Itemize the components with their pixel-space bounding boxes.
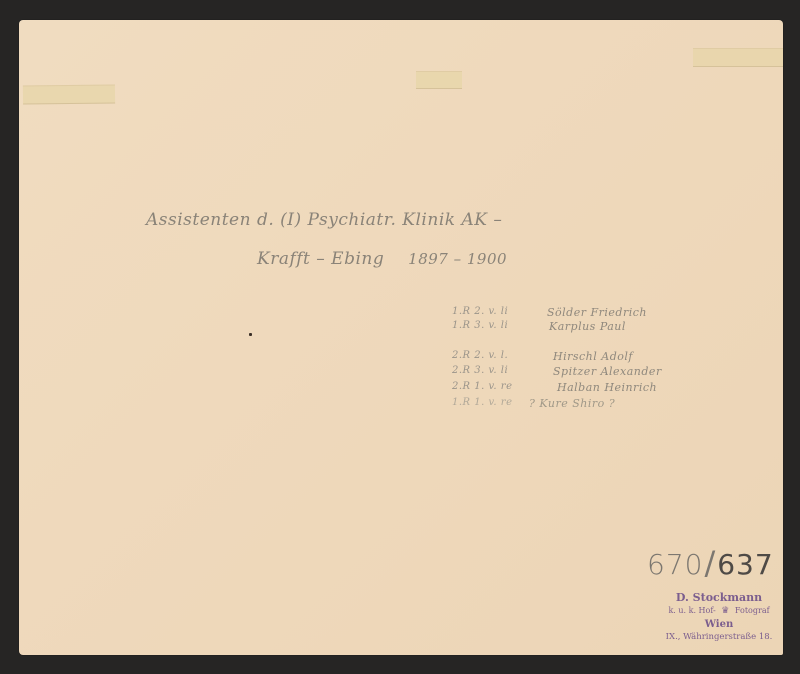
tape-strip-right bbox=[693, 48, 783, 67]
stamp-title-left: k. u. k. Hof- bbox=[668, 606, 715, 615]
tape-strip-center bbox=[416, 71, 462, 89]
identification-position: 2.R 3. v. li bbox=[452, 365, 508, 376]
identification-position: 2.R 1. v. re bbox=[452, 381, 513, 392]
tape-strip-left bbox=[23, 85, 115, 105]
identification-name: Hirschl Adolf bbox=[553, 350, 633, 363]
stamp-name: D. Stockmann bbox=[644, 591, 794, 604]
stamp-title-right: Fotograf bbox=[735, 606, 770, 615]
identification-position: 1.R 2. v. li bbox=[452, 306, 508, 317]
identification-position: 1.R 3. v. li bbox=[452, 320, 508, 331]
photo-mount-back: Assistenten d. (I) Psychiatr. Klinik AK … bbox=[19, 20, 783, 655]
heading-line-1: Assistenten d. (I) Psychiatr. Klinik AK … bbox=[146, 210, 502, 230]
identification-name: ? Kure Shiro ? bbox=[529, 397, 615, 410]
heading-line-2: Krafft – Ebing 1897 – 1900 bbox=[257, 249, 507, 269]
identification-position: 2.R 2. v. l. bbox=[452, 350, 508, 361]
ink-speck bbox=[249, 333, 252, 336]
inventory-number-old: 670 bbox=[647, 548, 703, 581]
stamp-address: IX., Währingerstraße 18. bbox=[644, 631, 794, 644]
heading-years: 1897 – 1900 bbox=[408, 250, 507, 268]
stamp-title: k. u. k. Hof- ♛ Fotograf bbox=[644, 604, 794, 618]
identification-name: Karplus Paul bbox=[549, 320, 626, 333]
inventory-slash: / bbox=[704, 544, 716, 582]
stamp-city: Wien bbox=[644, 618, 794, 631]
identification-name: Sölder Friedrich bbox=[547, 306, 647, 319]
inventory-number: 670/637 bbox=[647, 544, 774, 582]
identification-name: Halban Heinrich bbox=[557, 381, 657, 394]
crown-crest-icon: ♛ bbox=[721, 605, 729, 618]
photographer-stamp: D. Stockmann k. u. k. Hof- ♛ Fotograf Wi… bbox=[644, 591, 794, 644]
heading-name: Krafft – Ebing bbox=[257, 249, 384, 269]
identification-name: Spitzer Alexander bbox=[553, 365, 662, 378]
identification-position: 1.R 1. v. re bbox=[452, 397, 513, 408]
inventory-number-current: 637 bbox=[717, 548, 773, 581]
